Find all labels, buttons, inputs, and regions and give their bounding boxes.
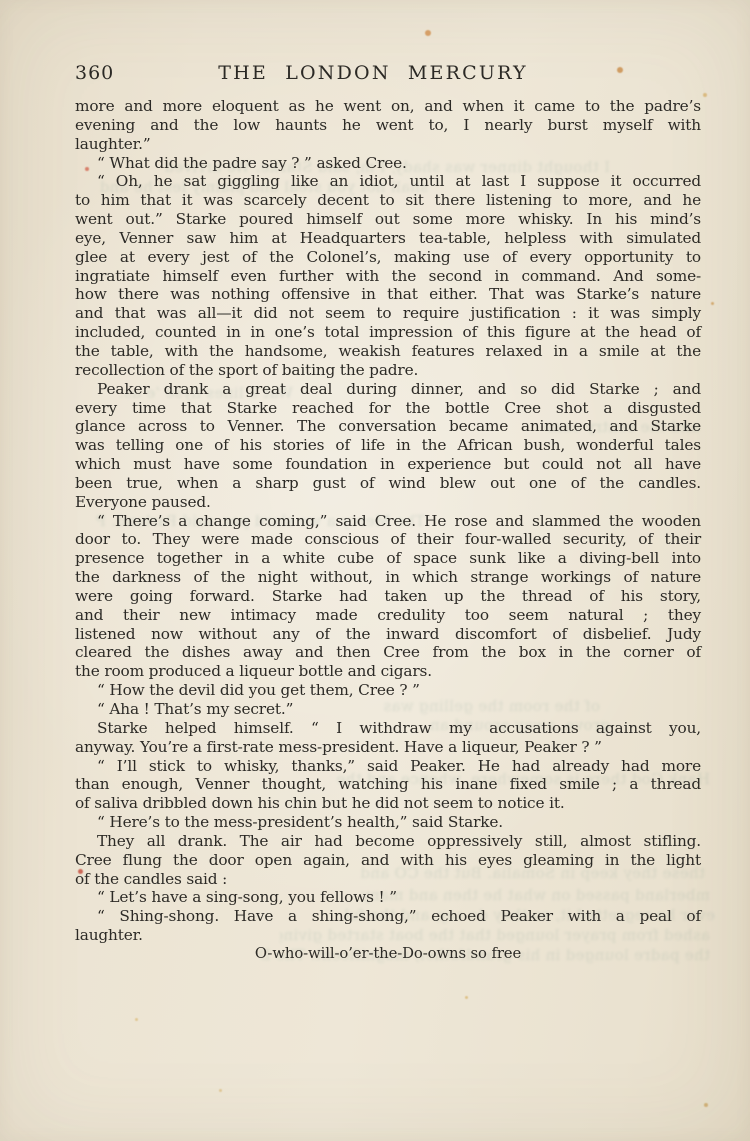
text-line: the room produced a liqueur bottle and c…: [75, 662, 701, 681]
text-line: door to. They were made conscious of the…: [75, 530, 701, 549]
text-line: every time that Starke reached for the b…: [75, 399, 701, 418]
text-line: recollection of the sport of baiting the…: [75, 361, 701, 380]
text-line: presence together in a white cube of spa…: [75, 549, 701, 568]
text-line: were going forward. Starke had taken up …: [75, 587, 701, 606]
text-line: “ I’ll stick to whisky, thanks,” said Pe…: [75, 757, 701, 776]
text-line: “ There’s a change coming,” said Cree. H…: [75, 512, 701, 531]
text-line: Peaker drank a great deal during dinner,…: [75, 380, 701, 399]
text-line: anyway. You’re a first-rate mess-preside…: [75, 738, 701, 757]
text-line: cleared the dishes away and then Cree fr…: [75, 643, 701, 662]
text-line: than enough, Venner thought, watching hi…: [75, 775, 701, 794]
text-line: Starke helped himself. “ I withdraw my a…: [75, 719, 701, 738]
text-line: ingratiate himself even further with the…: [75, 267, 701, 286]
text-line: more and more eloquent as he went on, an…: [75, 97, 701, 116]
text-block: more and more eloquent as he went on, an…: [75, 97, 701, 945]
journal-title: THE LONDON MERCURY: [75, 62, 671, 84]
text-line: Everyone paused.: [75, 493, 701, 512]
text-line: eye, Venner saw him at Headquarters tea-…: [75, 229, 701, 248]
running-header: 360 THE LONDON MERCURY: [75, 62, 701, 86]
text-line: of the candles said :: [75, 870, 701, 889]
text-line: They all drank. The air had become oppre…: [75, 832, 701, 851]
text-line: evening and the low haunts he went to, I…: [75, 116, 701, 135]
text-line: was telling one of his stories of life i…: [75, 436, 701, 455]
text-line: the table, with the handsome, weakish fe…: [75, 342, 701, 361]
text-line: “ What did the padre say ? ” asked Cree.: [75, 154, 701, 173]
text-line: glee at every jest of the Colonel’s, mak…: [75, 248, 701, 267]
text-line: “ Oh, he sat giggling like an idiot, unt…: [75, 172, 701, 191]
text-line: been true, when a sharp gust of wind ble…: [75, 474, 701, 493]
text-line: “ Let’s have a sing-song, you fellows ! …: [75, 888, 701, 907]
text-line: glance across to Venner. The conversatio…: [75, 417, 701, 436]
text-line: laughter.: [75, 926, 701, 945]
text-line: “ How the devil did you get them, Cree ?…: [75, 681, 701, 700]
text-line: “ Shing-shong. Have a shing-shong,” echo…: [75, 907, 701, 926]
text-line: which must have some foundation in exper…: [75, 455, 701, 474]
text-line: Cree flung the door open again, and with…: [75, 851, 701, 870]
text-line: “ Here’s to the mess-president’s health,…: [75, 813, 701, 832]
text-line: to him that it was scarcely decent to si…: [75, 191, 701, 210]
text-line: listened now without any of the inward d…: [75, 625, 701, 644]
text-line: “ Aha ! That’s my secret.”: [75, 700, 701, 719]
text-line: and that was all—it did not seem to requ…: [75, 304, 701, 323]
text-line: laughter.”: [75, 135, 701, 154]
song-lyric-line: O-who-will-o’er-the-Do-owns so free: [75, 945, 701, 962]
text-line: included, counted in in one’s total impr…: [75, 323, 701, 342]
text-line: and their new intimacy made credulity to…: [75, 606, 701, 625]
text-line: went out.” Starke poured himself out som…: [75, 210, 701, 229]
text-line: of saliva dribbled down his chin but he …: [75, 794, 701, 813]
text-line: how there was nothing offensive in that …: [75, 285, 701, 304]
text-line: the darkness of the night without, in wh…: [75, 568, 701, 587]
